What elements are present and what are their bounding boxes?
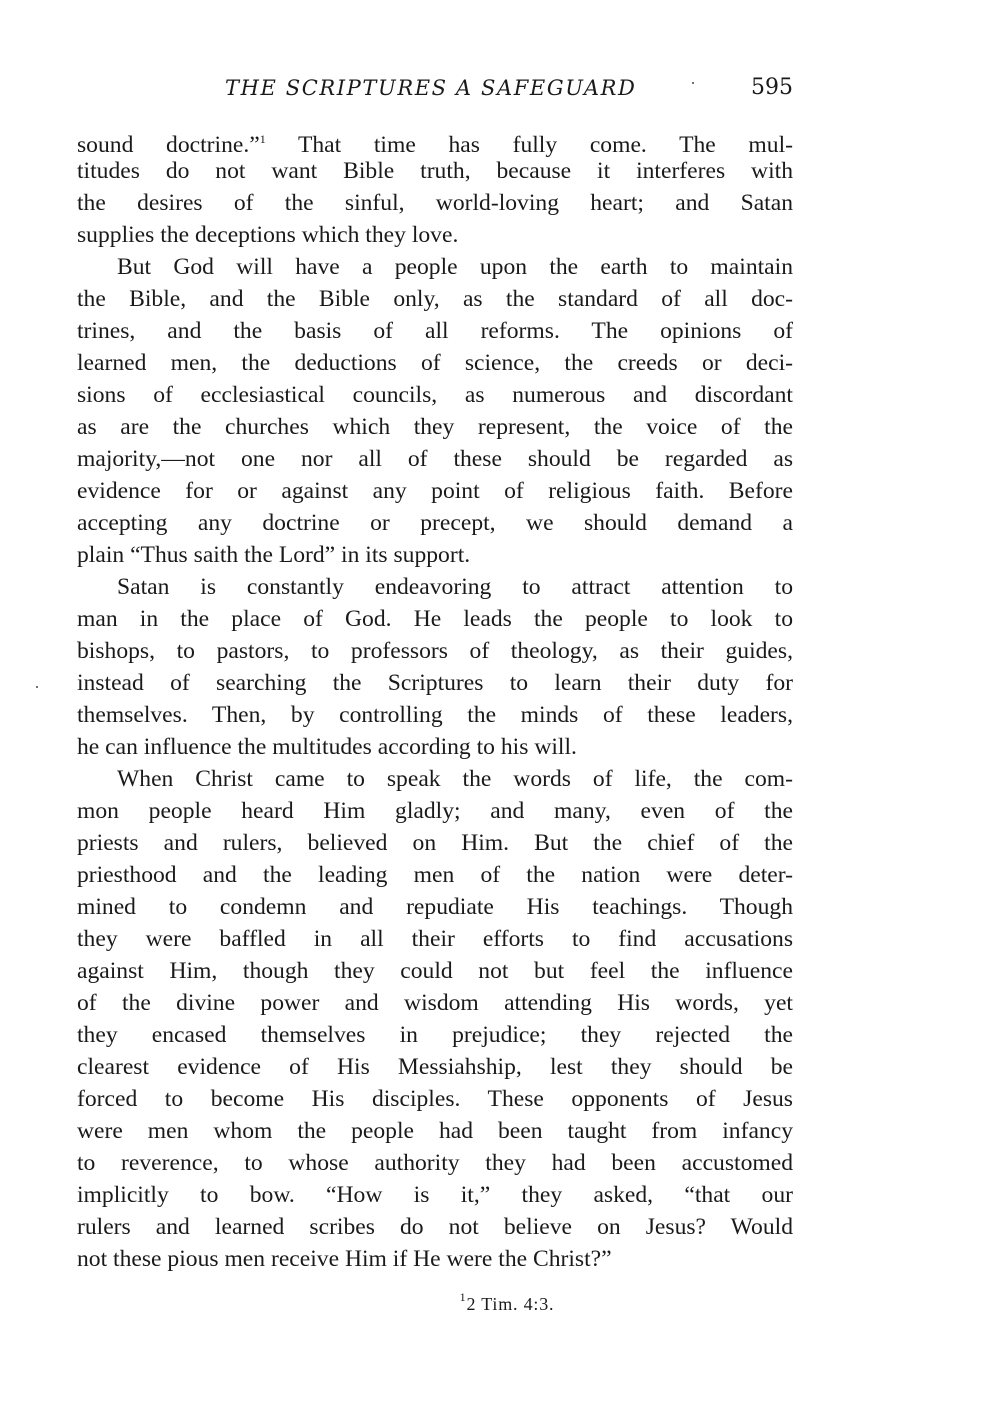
line-text: rulers and learned scribes do not believ… [77,1214,793,1240]
running-head-title: THE SCRIPTURES A SAFEGUARD [225,72,636,104]
line-text: plain “Thus saith the Lord” in its suppo… [77,542,470,568]
page-number: 595 [751,72,793,104]
text-line: sions of ecclesiastical councils, as num… [77,379,793,411]
line-text: forced to become His disciples. These op… [77,1086,793,1112]
line-text: as are the churches which they represent… [77,414,793,440]
line-text: themselves. Then, by controlling the min… [77,702,793,728]
line-text: to reverence, to whose authority they ha… [77,1150,793,1176]
line-text: the Bible, and the Bible only, as the st… [77,286,793,312]
line-text: instead of searching the Scriptures to l… [77,670,793,696]
text-line: rulers and learned scribes do not believ… [77,1211,793,1243]
text-line: instead of searching the Scriptures to l… [77,667,793,699]
line-text: not these pious men receive Him if He we… [77,1246,612,1272]
line-text: man in the place of God. He leads the pe… [77,606,793,632]
line-text: sions of ecclesiastical councils, as num… [77,382,793,408]
text-line: priesthood and the leading men of the na… [77,859,793,891]
line-text: against Him, though they could not but f… [77,958,793,984]
line-text: Satan is constantly endeavoring to attra… [117,574,793,600]
text-line: But God will have a people upon the eart… [77,251,793,283]
text-line: accepting any doctrine or precept, we sh… [77,507,793,539]
text-line: to reverence, to whose authority they ha… [77,1147,793,1179]
text-line: evidence for or against any point of rel… [77,475,793,507]
line-text: of the divine power and wisdom attending… [77,990,793,1016]
text-line: the Bible, and the Bible only, as the st… [77,283,793,315]
line-text: were men whom the people had been taught… [77,1118,793,1144]
text-line: Satan is constantly endeavoring to attra… [77,571,793,603]
line-text: But God will have a people upon the eart… [117,254,793,280]
line-text: priests and rulers, believed on Him. But… [77,830,793,856]
line-text: mon people heard Him gladly; and many, e… [77,798,793,824]
text-line: forced to become His disciples. These op… [77,1083,793,1115]
text-line: of the divine power and wisdom attending… [77,987,793,1019]
running-head: THE SCRIPTURES A SAFEGUARD 595 [77,72,793,104]
text-line: were men whom the people had been taught… [77,1115,793,1147]
line-text: the desires of the sinful, world-loving … [77,190,793,216]
line-text: When Christ came to speak the words of l… [117,766,793,792]
line-text: they were baffled in all their efforts t… [77,926,793,952]
text-line: sound doctrine.”1 That time has fully co… [77,123,793,155]
text-line: he can influence the multitudes accordin… [77,731,793,763]
line-text: mined to condemn and repudiate His teach… [77,894,793,920]
line-text: evidence for or against any point of rel… [77,478,793,504]
text-line: mined to condemn and repudiate His teach… [77,891,793,923]
print-speck [692,82,694,84]
text-line: plain “Thus saith the Lord” in its suppo… [77,539,793,571]
text-line: clearest evidence of His Messiahship, le… [77,1051,793,1083]
text-line: man in the place of God. He leads the pe… [77,603,793,635]
paragraph: Satan is constantly endeavoring to attra… [77,571,793,763]
line-text: trines, and the basis of all reforms. Th… [77,318,793,344]
text-line: against Him, though they could not but f… [77,955,793,987]
text-line: mon people heard Him gladly; and many, e… [77,795,793,827]
line-text: learned men, the deductions of science, … [77,350,793,376]
text-line: as are the churches which they represent… [77,411,793,443]
text-line: titudes do not want Bible truth, because… [77,155,793,187]
footnote: 12 Tim. 4:3. [0,1283,1000,1318]
text-line: priests and rulers, believed on Him. But… [77,827,793,859]
text-line: they encased themselves in prejudice; th… [77,1019,793,1051]
body-text: sound doctrine.”1 That time has fully co… [77,123,793,1275]
book-page: THE SCRIPTURES A SAFEGUARD 595 sound doc… [0,0,1000,1418]
text-line: the desires of the sinful, world-loving … [77,187,793,219]
paragraph: sound doctrine.”1 That time has fully co… [77,123,793,251]
line-text: clearest evidence of His Messiahship, le… [77,1054,793,1080]
text-line: implicitly to bow. “How is it,” they ask… [77,1179,793,1211]
text-line: trines, and the basis of all reforms. Th… [77,315,793,347]
line-text: bishops, to pastors, to professors of th… [77,638,793,664]
line-text: supplies the deceptions which they love. [77,222,458,248]
text-line: they were baffled in all their efforts t… [77,923,793,955]
text-line: bishops, to pastors, to professors of th… [77,635,793,667]
line-text: priesthood and the leading men of the na… [77,862,793,888]
line-text: majority,—not one nor all of these shoul… [77,446,793,472]
line-text: he can influence the multitudes accordin… [77,734,577,760]
footnote-text: 2 Tim. 4:3. [466,1294,554,1314]
line-text: accepting any doctrine or precept, we sh… [77,510,793,536]
line-text: titudes do not want Bible truth, because… [77,158,793,184]
text-line: When Christ came to speak the words of l… [77,763,793,795]
text-line: themselves. Then, by controlling the min… [77,699,793,731]
paragraph: But God will have a people upon the eart… [77,251,793,571]
paragraph: When Christ came to speak the words of l… [77,763,793,1275]
text-line: not these pious men receive Him if He we… [77,1243,793,1275]
text-line: supplies the deceptions which they love. [77,219,793,251]
line-text: they encased themselves in prejudice; th… [77,1022,793,1048]
line-text: implicitly to bow. “How is it,” they ask… [77,1182,793,1208]
margin-speck [36,686,38,688]
text-line: majority,—not one nor all of these shoul… [77,443,793,475]
text-line: learned men, the deductions of science, … [77,347,793,379]
